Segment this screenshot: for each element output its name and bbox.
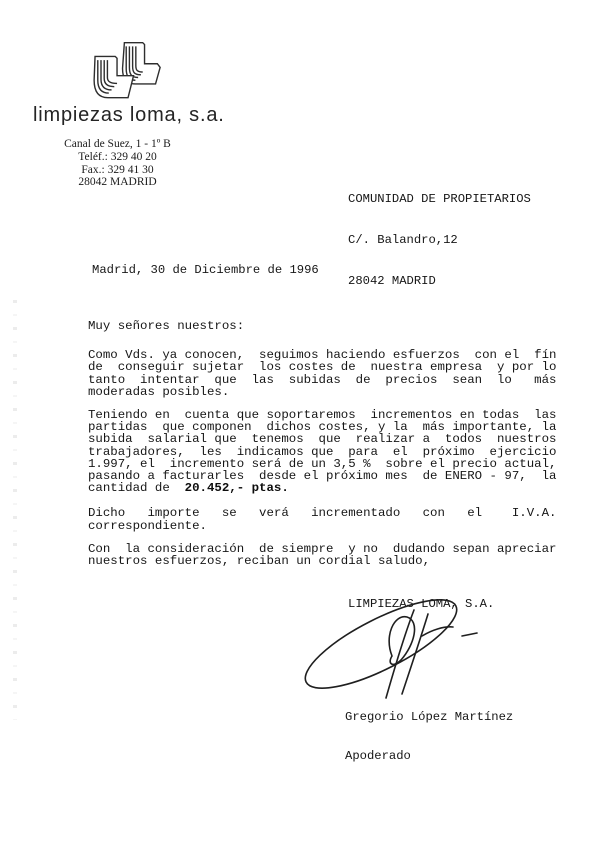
signer-block: Gregorio López Martínez Apoderado	[345, 685, 513, 789]
letterhead-address: Canal de Suez, 1 - 1º B Teléf.: 329 40 2…	[45, 138, 190, 189]
recipient-city: 28042 MADRID	[348, 275, 531, 289]
scan-artifact-strip	[13, 300, 17, 720]
salutation: Muy señores nuestros:	[88, 320, 570, 332]
recipient-block: COMUNIDAD DE PROPIETARIOS C/. Balandro,1…	[348, 166, 531, 316]
address-line-fax: Fax.: 329 41 30	[45, 164, 190, 177]
address-line-city: 28042 MADRID	[45, 176, 190, 189]
paragraph-3: Dicho importe se verá incrementado con e…	[88, 507, 570, 531]
signer-title: Apoderado	[345, 750, 513, 763]
address-line-phone: Teléf.: 329 40 20	[45, 151, 190, 164]
date-line: Madrid, 30 de Diciembre de 1996	[92, 263, 319, 277]
paragraph-4: Con la consideración de siempre y no dud…	[88, 543, 570, 567]
paragraph-1: Como Vds. ya conocen, seguimos haciendo …	[88, 349, 570, 398]
company-name: limpiezas loma, s.a.	[33, 104, 225, 127]
paragraph-2-last-line-prefix: cantidad de	[88, 481, 185, 495]
paragraph-2: Teniendo en cuenta que soportaremos incr…	[88, 409, 570, 494]
paragraph-2-text: Teniendo en cuenta que soportaremos incr…	[88, 408, 556, 483]
signer-name: Gregorio López Martínez	[345, 711, 513, 724]
recipient-name: COMUNIDAD DE PROPIETARIOS	[348, 193, 531, 207]
logo-front-l	[94, 56, 133, 97]
letter-body: Muy señores nuestros: Como Vds. ya conoc…	[88, 320, 570, 567]
letter-page: limpiezas loma, s.a. Canal de Suez, 1 - …	[0, 0, 595, 841]
recipient-street: C/. Balandro,12	[348, 234, 531, 248]
address-line-street: Canal de Suez, 1 - 1º B	[45, 138, 190, 151]
company-logo-icon	[84, 39, 184, 105]
amount-value: 20.452,- ptas.	[185, 481, 289, 495]
